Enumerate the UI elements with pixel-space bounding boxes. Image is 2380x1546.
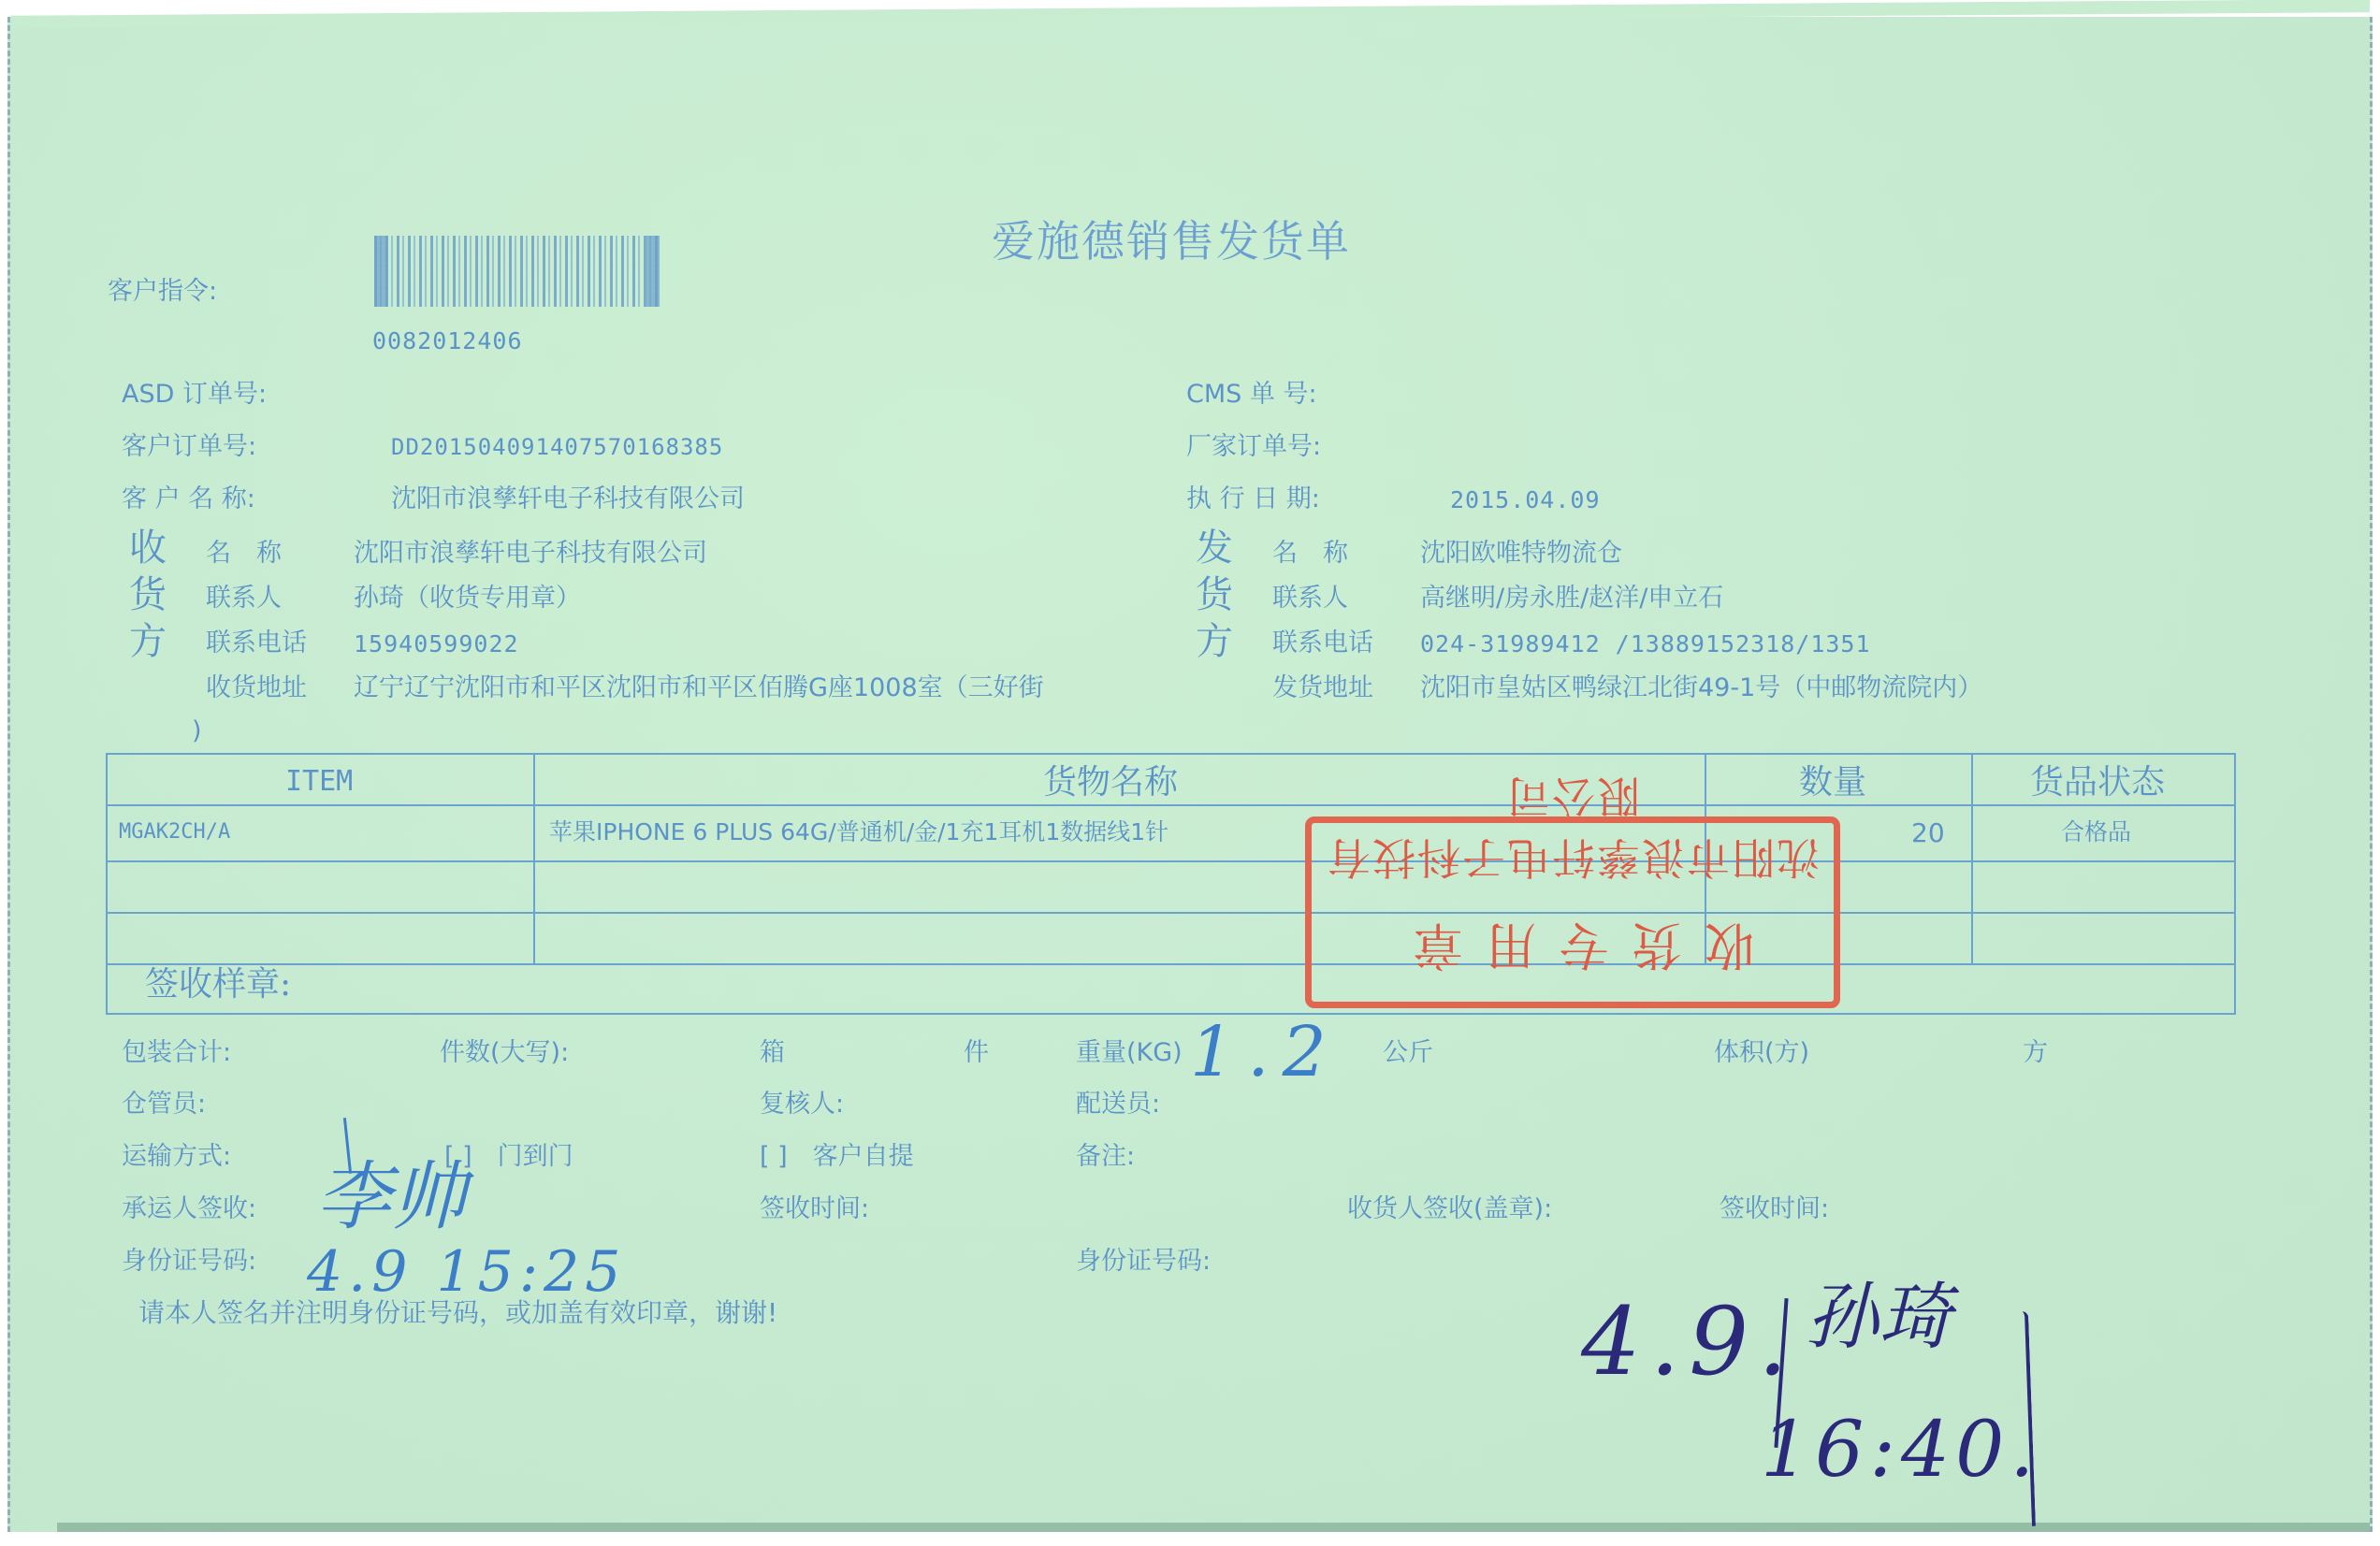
kg-unit: 公斤: [1383, 1040, 1433, 1065]
customer-order-label: 客户订单号:: [122, 434, 256, 459]
pdf417-barcode-icon: [374, 236, 660, 307]
customer-pickup-checkbox[interactable]: [ ] 客户自提: [760, 1144, 914, 1169]
carrier-sign-label: 承运人签收:: [122, 1196, 256, 1221]
asd-order-label: ASD 订单号:: [122, 382, 267, 407]
id-number-label-right: 身份证号码:: [1076, 1249, 1211, 1274]
customer-instruction-number: 0082012406: [372, 329, 523, 353]
receiver-side-char: 方: [129, 623, 167, 660]
receiver-phone-value: 15940599022: [354, 632, 519, 656]
column-header-item: ITEM: [285, 768, 353, 796]
receiver-address-value: 辽宁辽宁沈阳市和平区沈阳市和平区佰腾G座1008室（三好街: [354, 675, 1044, 701]
receiver-contact-label: 联系人: [206, 585, 282, 611]
carrier-signature: 李帅: [316, 1160, 466, 1235]
table-divider: [108, 963, 2234, 965]
dispatcher-label: 配送员:: [1076, 1091, 1160, 1117]
receiver-sign-time-label: 签收时间:: [1720, 1196, 1829, 1221]
stamp-line-purpose: 收货专用章: [1312, 913, 1834, 985]
customer-instruction-label: 客户指令:: [108, 279, 217, 304]
execute-date-value: 2015.04.09: [1450, 488, 1601, 512]
piece-unit: 件: [964, 1040, 989, 1065]
receiver-side-char: 收: [129, 529, 167, 567]
remarks-label: 备注:: [1076, 1144, 1135, 1169]
column-header-status: 货品状态: [2030, 766, 2165, 800]
document-title: 爱施德销售发货单: [992, 208, 1351, 269]
column-header-goods-name: 货物名称: [1043, 766, 1178, 800]
warehouse-keeper-label: 仓管员:: [122, 1091, 206, 1117]
execute-date-label: 执 行 日 期:: [1186, 486, 1320, 512]
table-divider: [1971, 755, 1973, 965]
sign-sample-label: 签收样章:: [145, 968, 291, 1002]
table-divider: [108, 804, 2234, 806]
receiver-side-char: 货: [129, 576, 167, 614]
cell-item: MGAK2CH/A: [119, 822, 230, 843]
volume-unit: 方: [2023, 1040, 2048, 1065]
receiver-contact-value: 孙琦（收货专用章）: [354, 585, 581, 611]
reviewer-label: 复核人:: [760, 1091, 844, 1117]
receiver-signature: 孙琦: [1806, 1281, 1952, 1354]
cell-quantity: 20: [1911, 820, 1945, 846]
goods-table: ITEM 货物名称 数量 货品状态 MGAK2CH/A 苹果IPHONE 6 P…: [106, 753, 2236, 1015]
receiver-name-label: 名 称: [206, 541, 282, 566]
pieces-upper-label: 件数(大写):: [440, 1040, 569, 1065]
receiver-sign-label: 收货人签收(盖章):: [1347, 1196, 1552, 1221]
receiver-address-label: 收货地址: [206, 675, 307, 701]
receiver-name-value: 沈阳市浪孳轩电子科技有限公司: [354, 541, 707, 566]
factory-order-label: 厂家订单号:: [1186, 434, 1321, 459]
id-number-label-left: 身份证号码:: [122, 1249, 256, 1274]
sender-phone-label: 联系电话: [1272, 630, 1373, 656]
cell-status: 合格品: [2061, 820, 2131, 844]
sender-address-value: 沈阳市皇姑区鸭绿江北街49-1号（中邮物流院内）: [1420, 675, 1982, 701]
cms-no-label: CMS 单 号:: [1186, 382, 1317, 407]
cell-goods-name: 苹果IPHONE 6 PLUS 64G/普通机/金/1充1耳机1数据线1针: [549, 820, 1168, 844]
stamp-line-company: 沈阳市浪孳轩电子科技有限公司: [1312, 768, 1834, 891]
receiving-stamp: 收货专用章 沈阳市浪孳轩电子科技有限公司: [1305, 816, 1840, 1008]
customer-name-label: 客 户 名 称:: [122, 486, 255, 512]
sender-name-value: 沈阳欧唯特物流仓: [1420, 541, 1622, 566]
receiver-sign-time: 16:40.: [1761, 1412, 2039, 1489]
receiver-sign-date: 4.9.: [1581, 1295, 1797, 1389]
carrier-sign-datetime: 4.9 15:25: [307, 1244, 626, 1300]
customer-name-value: 沈阳市浪孳轩电子科技有限公司: [391, 486, 745, 512]
sender-side-char: 方: [1196, 623, 1233, 660]
sender-address-label: 发货地址: [1272, 675, 1373, 701]
table-divider: [108, 860, 2234, 862]
sender-name-label: 名 称: [1272, 541, 1348, 566]
carrier-sign-time-label: 签收时间:: [760, 1196, 869, 1221]
packing-total-label: 包装合计:: [122, 1040, 231, 1065]
weight-handwritten-value: 1.2: [1190, 1018, 1340, 1087]
sender-phone-value: 024-31989412 /13889152318/1351: [1420, 632, 1871, 656]
transport-method-label: 运输方式:: [122, 1144, 231, 1169]
sender-contact-value: 高继明/房永胜/赵洋/申立石: [1420, 585, 1723, 611]
box-unit: 箱: [760, 1040, 785, 1065]
sender-contact-label: 联系人: [1272, 585, 1348, 611]
volume-label: 体积(方): [1714, 1040, 1809, 1065]
receiver-address-tail: ): [192, 718, 202, 744]
customer-order-value: DD201504091407570168385: [391, 436, 723, 458]
sender-side-char: 发: [1196, 529, 1233, 567]
weight-label: 重量(KG): [1076, 1040, 1183, 1065]
table-divider: [108, 912, 2234, 914]
sender-side-char: 货: [1196, 576, 1233, 614]
receiver-phone-label: 联系电话: [206, 630, 307, 656]
table-divider: [533, 755, 535, 965]
